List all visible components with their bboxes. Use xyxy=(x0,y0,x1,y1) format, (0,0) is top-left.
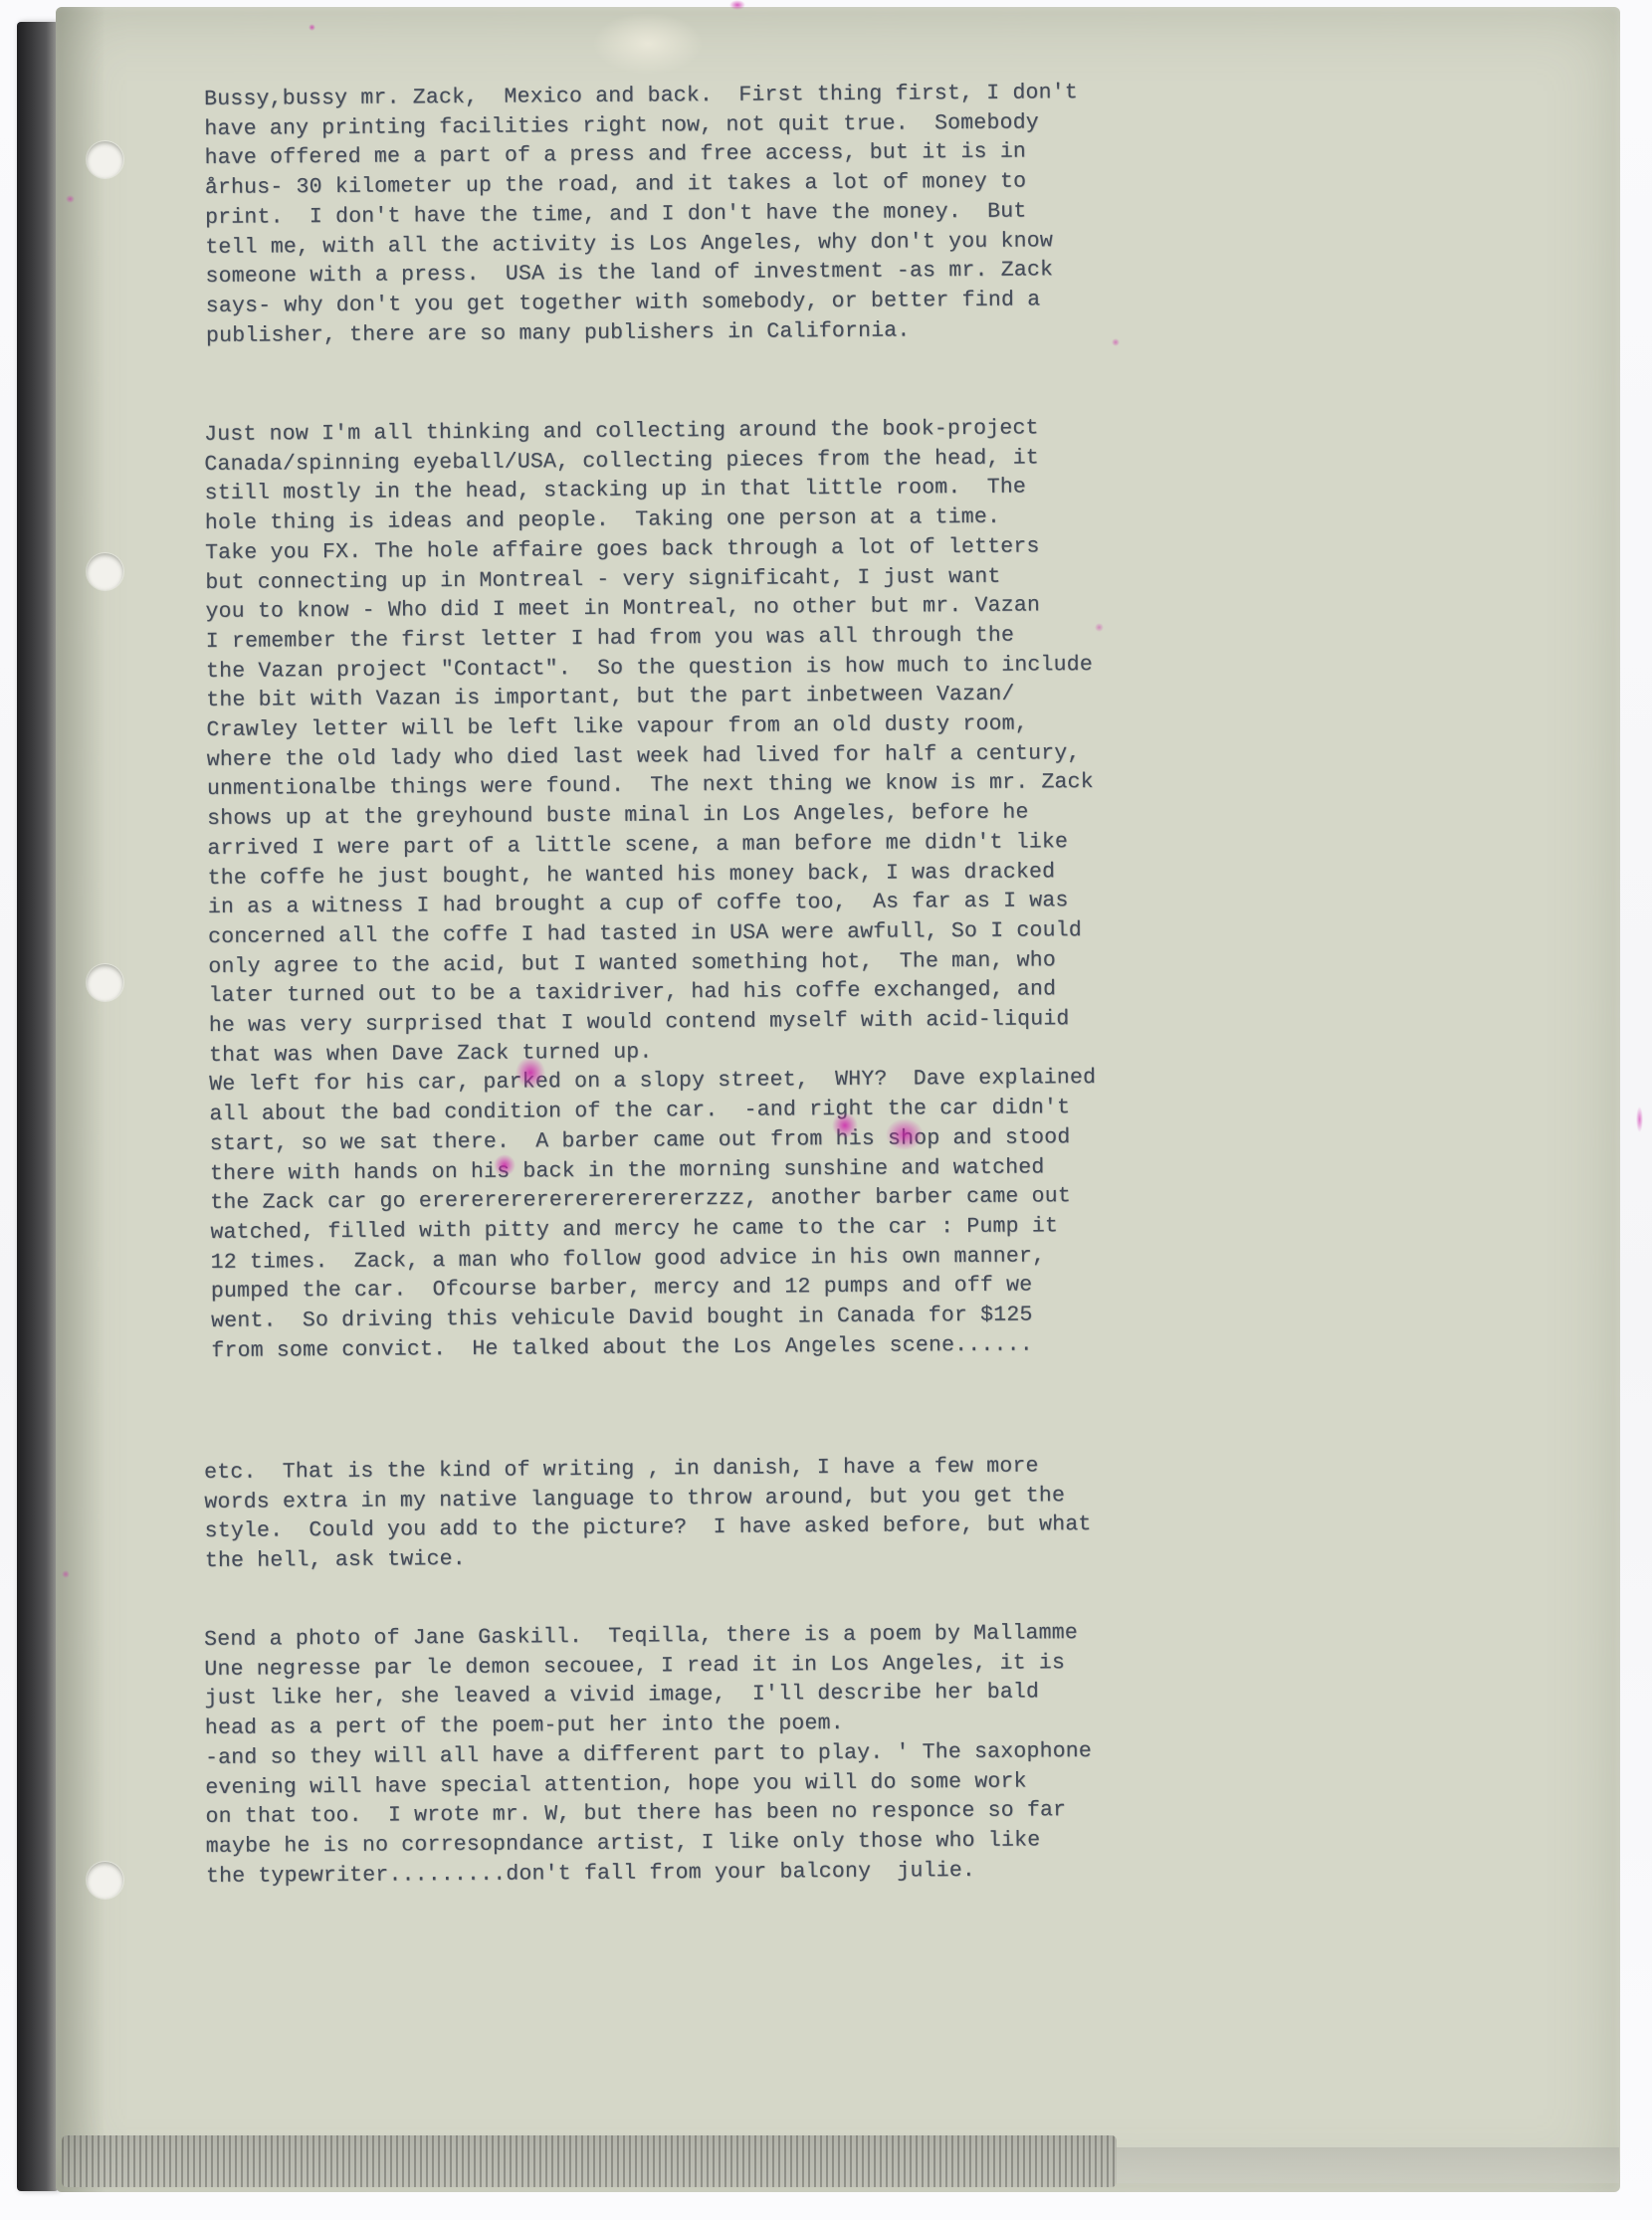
letter-paragraph-3: etc. That is the kind of writing , in da… xyxy=(204,1452,1092,1577)
ink-stain xyxy=(309,24,315,31)
letter-paragraph-2: Just now I'm all thinking and collecting… xyxy=(204,414,1098,1366)
sleeve-edge-bottom xyxy=(62,2135,1117,2187)
paper-glue-blob xyxy=(593,13,703,75)
punch-hole-3 xyxy=(87,964,123,1001)
letter-paragraph-1: Bussy,bussy mr. Zack, Mexico and back. F… xyxy=(204,79,1080,351)
ink-stain xyxy=(516,1057,545,1089)
punch-hole-1 xyxy=(87,141,123,178)
ink-stain xyxy=(729,0,745,10)
ink-stain xyxy=(1112,338,1120,346)
ink-stain xyxy=(1095,623,1104,632)
punch-hole-2 xyxy=(87,553,123,590)
punch-hole-4 xyxy=(87,1862,123,1899)
ink-stain xyxy=(886,1118,924,1150)
sleeve-edge-left xyxy=(17,22,59,2191)
ink-stain xyxy=(1636,1107,1643,1132)
ink-stain xyxy=(832,1112,858,1138)
ink-stain xyxy=(62,1570,70,1578)
sleeve-edge-bottom-right xyxy=(1117,2147,1619,2183)
ink-stain xyxy=(66,195,75,203)
scanned-letter-page: Bussy,bussy mr. Zack, Mexico and back. F… xyxy=(0,0,1652,2220)
ink-stain xyxy=(494,1154,516,1176)
letter-paragraph-4: Send a photo of Jane Gaskill. Teqilla, t… xyxy=(204,1619,1093,1892)
